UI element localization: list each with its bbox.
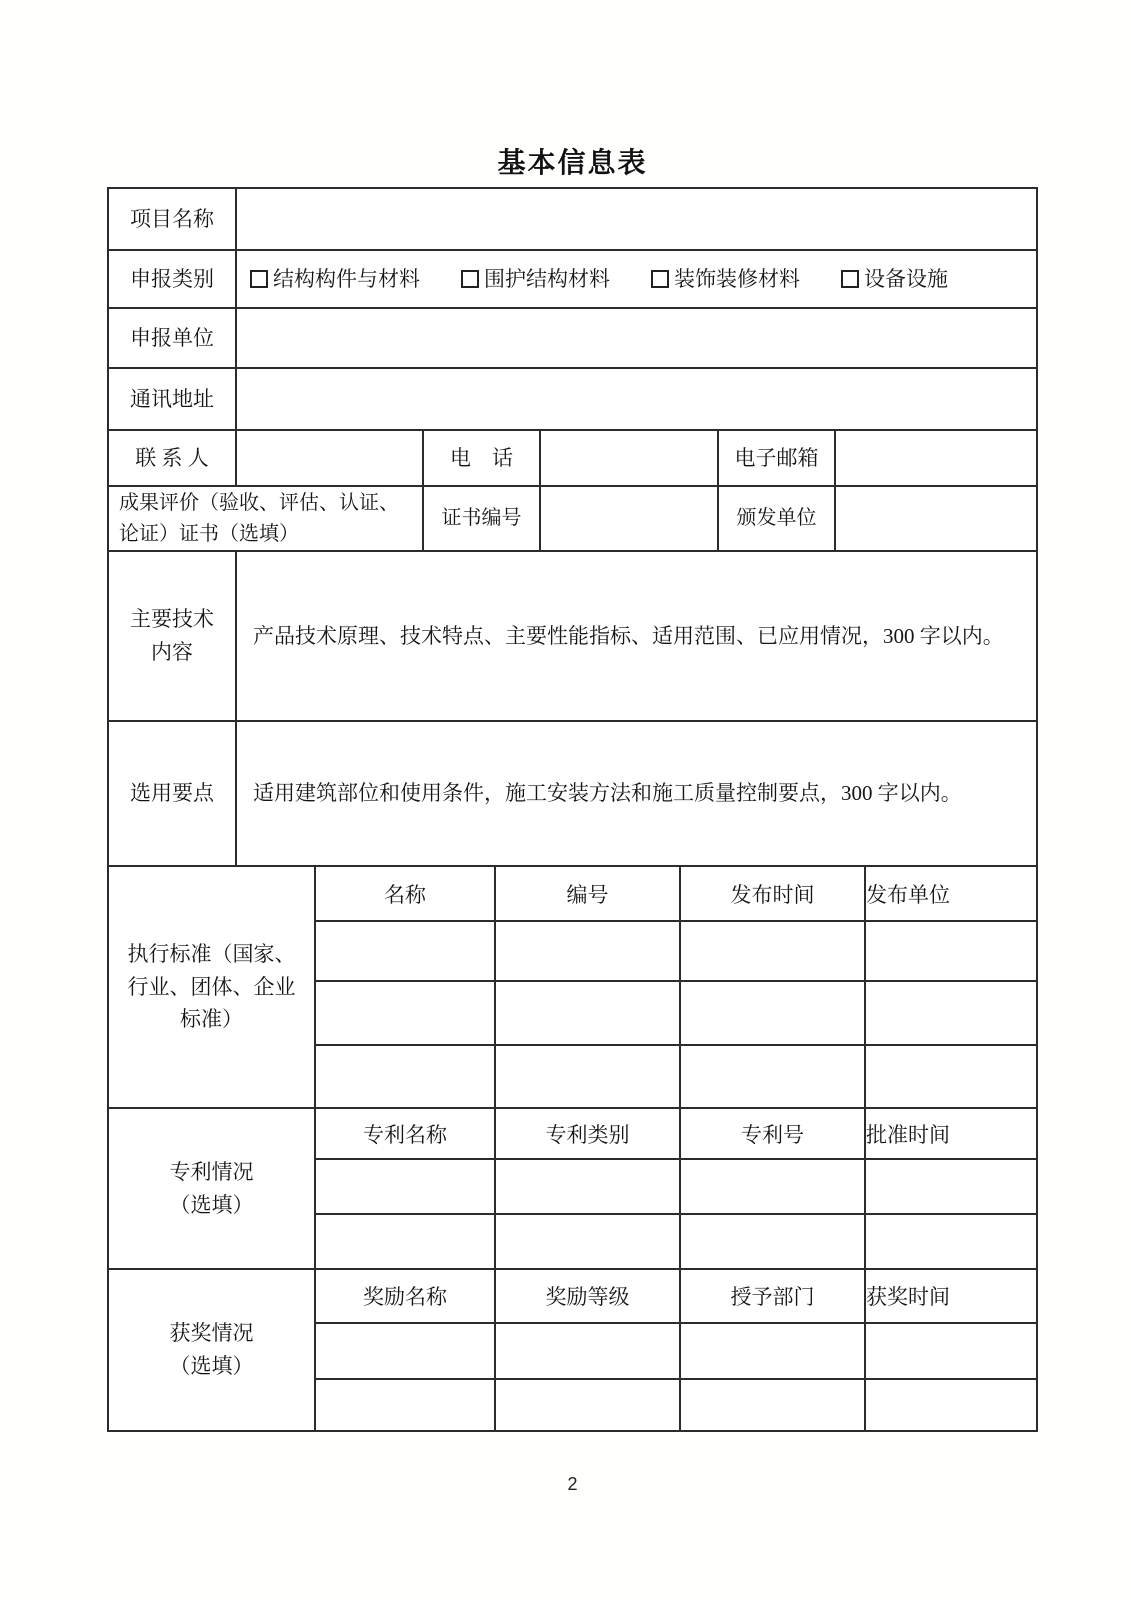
awards-header: 获奖时间	[864, 1270, 950, 1322]
standards-header-row: 名称 编号 发布时间 发布单位	[316, 867, 1036, 920]
standards-subtable: 名称 编号 发布时间 发布单位	[314, 867, 1036, 1107]
standards-label-line: 执行标准（国家、	[128, 938, 296, 971]
table-cell	[494, 982, 679, 1044]
checkbox-icon	[841, 270, 859, 288]
row-category: 申报类别 结构构件与材料 围护结构材料 装饰装修材料 设备设施	[109, 249, 1036, 307]
patents-header: 专利类别	[494, 1109, 679, 1158]
awards-header-row: 奖励名称 奖励等级 授予部门 获奖时间	[316, 1270, 1036, 1322]
standards-header: 发布时间	[679, 867, 864, 920]
tech-content-label-line: 主要技术	[130, 603, 214, 636]
table-cell	[494, 922, 679, 980]
contact-field	[235, 431, 422, 485]
table-cell	[679, 982, 864, 1044]
category-label: 申报类别	[109, 251, 235, 307]
standards-empty-row	[316, 920, 1036, 980]
awards-header: 授予部门	[679, 1270, 864, 1322]
applicant-label: 申报单位	[109, 309, 235, 367]
certificate-label: 成果评价（验收、评估、认证、 论证）证书（选填）	[109, 487, 422, 550]
row-address: 通讯地址	[109, 367, 1036, 429]
awards-label-line: 获奖情况	[170, 1317, 254, 1350]
patents-subtable: 专利名称 专利类别 专利号 批准时间	[314, 1109, 1036, 1268]
page-title: 基本信息表	[107, 141, 1038, 181]
standards-empty-row	[316, 1044, 1036, 1107]
tech-content-label-line: 内容	[151, 636, 193, 669]
table-cell	[494, 1215, 679, 1268]
patents-header-row: 专利名称 专利类别 专利号 批准时间	[316, 1109, 1036, 1158]
row-project-name: 项目名称	[109, 189, 1036, 249]
standards-header: 编号	[494, 867, 679, 920]
standards-label-line: 标准）	[180, 1003, 243, 1036]
patents-header: 专利号	[679, 1109, 864, 1158]
standards-empty-row	[316, 980, 1036, 1044]
phone-label: 电 话	[422, 431, 539, 485]
patents-empty-row	[316, 1158, 1036, 1213]
category-option-label: 结构构件与材料	[273, 264, 420, 294]
table-cell	[316, 1160, 494, 1213]
cert-no-label: 证书编号	[422, 487, 539, 550]
selection-points-field: 适用建筑部位和使用条件，施工安装方法和施工质量控制要点，300 字以内。	[235, 722, 1036, 865]
table-cell	[864, 1380, 866, 1430]
contact-label: 联 系 人	[109, 431, 235, 485]
row-contact: 联 系 人 电 话 电子邮箱	[109, 429, 1036, 485]
row-applicant: 申报单位	[109, 307, 1036, 367]
table-cell	[494, 1046, 679, 1107]
category-option: 结构构件与材料	[250, 264, 420, 294]
section-patents: 专利情况 （选填） 专利名称 专利类别 专利号 批准时间	[109, 1107, 1036, 1268]
certificate-label-line: 论证）证书（选填）	[119, 519, 299, 550]
standards-header: 发布单位	[864, 867, 950, 920]
awards-header: 奖励等级	[494, 1270, 679, 1322]
address-label: 通讯地址	[109, 369, 235, 429]
checkbox-icon	[250, 270, 268, 288]
project-name-label: 项目名称	[109, 189, 235, 249]
awards-subtable: 奖励名称 奖励等级 授予部门 获奖时间	[314, 1270, 1036, 1430]
section-awards: 获奖情况 （选填） 奖励名称 奖励等级 授予部门 获奖时间	[109, 1268, 1036, 1430]
cert-no-field	[539, 487, 717, 550]
email-field	[834, 431, 1036, 485]
patents-label-line: 专利情况	[170, 1156, 254, 1189]
address-field	[235, 369, 1036, 429]
checkbox-icon	[461, 270, 479, 288]
table-cell	[679, 1380, 864, 1430]
table-cell	[864, 1324, 866, 1378]
patents-empty-row	[316, 1213, 1036, 1268]
table-cell	[864, 1160, 866, 1213]
table-cell	[316, 1380, 494, 1430]
patents-label-line: （选填）	[170, 1189, 254, 1222]
table-cell	[864, 1046, 866, 1107]
category-option: 装饰装修材料	[651, 264, 800, 294]
table-cell	[494, 1380, 679, 1430]
table-cell	[679, 922, 864, 980]
awards-empty-row	[316, 1322, 1036, 1378]
email-label: 电子邮箱	[717, 431, 834, 485]
issuer-label: 颁发单位	[717, 487, 834, 550]
category-option: 设备设施	[841, 264, 948, 294]
standards-label-line: 行业、团体、企业	[128, 971, 296, 1004]
category-option-label: 设备设施	[864, 264, 948, 294]
patents-header: 专利名称	[316, 1109, 494, 1158]
applicant-field	[235, 309, 1036, 367]
standards-label: 执行标准（国家、 行业、团体、企业 标准）	[109, 867, 314, 1107]
table-cell	[316, 922, 494, 980]
category-option-label: 装饰装修材料	[674, 264, 800, 294]
awards-label-line: （选填）	[170, 1350, 254, 1383]
awards-header: 奖励名称	[316, 1270, 494, 1322]
table-cell	[316, 1215, 494, 1268]
issuer-field	[834, 487, 1036, 550]
patents-label: 专利情况 （选填）	[109, 1109, 314, 1268]
selection-points-label: 选用要点	[109, 722, 235, 865]
basic-info-table: 项目名称 申报类别 结构构件与材料 围护结构材料 装饰装修材料	[107, 187, 1038, 1432]
table-cell	[316, 982, 494, 1044]
category-option: 围护结构材料	[461, 264, 610, 294]
category-option-label: 围护结构材料	[484, 264, 610, 294]
page-number: 2	[107, 1474, 1038, 1495]
project-name-field	[235, 189, 1036, 249]
certificate-label-line: 成果评价（验收、评估、认证、	[119, 488, 399, 519]
table-cell	[679, 1215, 864, 1268]
table-cell	[494, 1160, 679, 1213]
tech-content-label: 主要技术 内容	[109, 552, 235, 720]
patents-header: 批准时间	[864, 1109, 950, 1158]
tech-content-field: 产品技术原理、技术特点、主要性能指标、适用范围、已应用情况，300 字以内。	[235, 552, 1036, 720]
table-cell	[316, 1324, 494, 1378]
table-cell	[864, 1215, 866, 1268]
row-certificate: 成果评价（验收、评估、认证、 论证）证书（选填） 证书编号 颁发单位	[109, 485, 1036, 550]
table-cell	[864, 922, 866, 980]
checkbox-icon	[651, 270, 669, 288]
category-options: 结构构件与材料 围护结构材料 装饰装修材料 设备设施	[235, 251, 1036, 307]
standards-header: 名称	[316, 867, 494, 920]
table-cell	[864, 982, 866, 1044]
awards-label: 获奖情况 （选填）	[109, 1270, 314, 1430]
table-cell	[679, 1160, 864, 1213]
phone-field	[539, 431, 717, 485]
table-cell	[316, 1046, 494, 1107]
document-page: 基本信息表 项目名称 申报类别 结构构件与材料 围护结构材料 装饰装修	[0, 0, 1131, 1600]
section-standards: 执行标准（国家、 行业、团体、企业 标准） 名称 编号 发布时间 发布单位	[109, 865, 1036, 1107]
row-tech-content: 主要技术 内容 产品技术原理、技术特点、主要性能指标、适用范围、已应用情况，30…	[109, 550, 1036, 720]
awards-empty-row	[316, 1378, 1036, 1430]
table-cell	[679, 1046, 864, 1107]
row-selection-points: 选用要点 适用建筑部位和使用条件，施工安装方法和施工质量控制要点，300 字以内…	[109, 720, 1036, 865]
table-cell	[494, 1324, 679, 1378]
table-cell	[679, 1324, 864, 1378]
